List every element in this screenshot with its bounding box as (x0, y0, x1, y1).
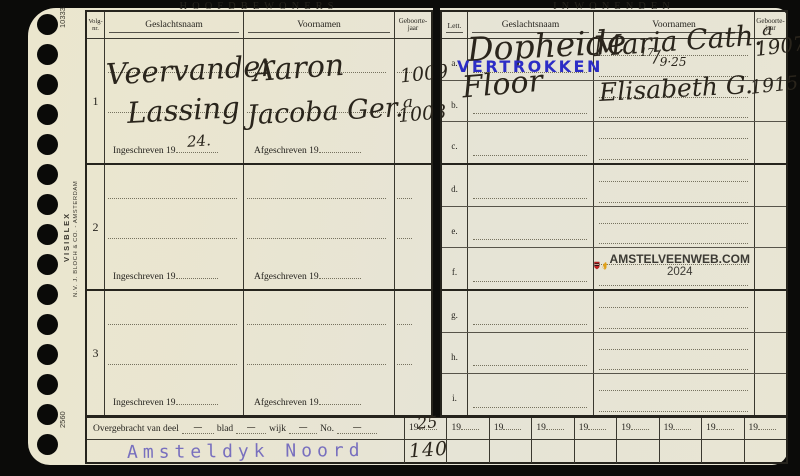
punch-hole (37, 104, 58, 125)
ingeschreven-label: Ingeschreven 19 (113, 270, 218, 282)
block-number: 3 (87, 291, 105, 415)
writing-line (397, 364, 412, 365)
row-voornamen-cell (594, 165, 755, 206)
year-dotted-blank (631, 422, 649, 430)
transfer-blank-no: — (337, 424, 377, 434)
writing-line (599, 159, 748, 160)
transfer-label-wijk: wijk (269, 424, 286, 434)
row-geboortejaar-cell (755, 165, 786, 206)
year-dotted-blank (758, 422, 776, 430)
inwonenden-row: d. (442, 165, 786, 207)
punch-hole (37, 344, 58, 365)
card-fold-divider (433, 8, 440, 418)
header-geboortejaar-left: Geboorte- jaar (395, 12, 431, 38)
row-letter: f. (442, 248, 468, 289)
punch-hole (37, 314, 58, 335)
writing-line (473, 113, 587, 114)
row-letter: d. (442, 165, 468, 206)
row-letter: e. (442, 207, 468, 248)
writing-line (473, 407, 587, 408)
writing-line (599, 390, 748, 391)
watermark-year: 2024 (667, 266, 693, 278)
punch-hole (37, 44, 58, 65)
writing-line (473, 281, 587, 282)
number-cell (575, 440, 617, 463)
year-cell: 19 (490, 418, 532, 439)
year-dotted-blank (673, 422, 691, 430)
year-prefix: 19 (749, 423, 759, 433)
header-volgnr: Volg- nr. (87, 12, 105, 38)
row-letter: h. (442, 333, 468, 374)
hoofdbewoners-header-row: Volg- nr. Geslachtsnaam Voornamen Geboor… (87, 12, 431, 39)
hw-inw-voornamen-b: Elisabeth G. (598, 72, 753, 105)
edge-serial-bottom: 2560 (58, 404, 67, 436)
header-volgnr-line1: Volg- (88, 18, 102, 25)
writing-line (599, 181, 748, 182)
departure-date-slash: ∕ (654, 47, 660, 67)
year-cell: 19 (532, 418, 574, 439)
year-cell: 19 (702, 418, 744, 439)
writing-line (599, 349, 748, 350)
writing-line (599, 369, 748, 370)
block-geslachtsnaam-cell: Ingeschreven 19 (105, 291, 244, 415)
transfer-cell: Overgebracht van deel — blad — wijk — No… (87, 418, 405, 439)
punch-hole (37, 284, 58, 305)
writing-line (473, 365, 587, 366)
district-stamp-cell: Amsteldyk Noord (87, 440, 405, 463)
punch-hole (37, 164, 58, 185)
hw-inw-geboortejaar-a: 1907 (754, 33, 800, 59)
hw-inw-geboortejaar-b: 1915. (749, 73, 800, 98)
number-cells-row (405, 440, 786, 463)
writing-line (108, 238, 237, 239)
row-geboortejaar-cell (755, 333, 786, 374)
writing-line (599, 328, 748, 329)
writing-line (599, 117, 748, 118)
inwonenden-row: g. (442, 291, 786, 333)
writing-line (473, 239, 587, 240)
writing-line (599, 138, 748, 139)
row-letter: i. (442, 374, 468, 415)
year-cells-row: 191919191919191919 (405, 418, 786, 439)
writing-line (397, 238, 412, 239)
number-cell (660, 440, 702, 463)
row-geslachtsnaam-cell (468, 165, 594, 206)
transfer-label-deel: Overgebracht van deel (93, 424, 179, 434)
writing-line (599, 411, 748, 412)
row-geboortejaar-cell (755, 248, 786, 289)
hw-voornamen-1: Aaron (252, 51, 345, 87)
writing-line (397, 324, 412, 325)
block-number: 2 (87, 165, 105, 289)
archive-watermark: AMSTELVEENWEB.COM 2024 (594, 252, 750, 278)
row-voornamen-cell (594, 207, 755, 248)
writing-line (599, 285, 748, 286)
writing-line (473, 155, 587, 156)
hw-ingeschreven-year: 24. (187, 133, 212, 150)
punch-hole (37, 194, 58, 215)
writing-line (599, 202, 748, 203)
hw-departure-date: 17∕9·25 (640, 47, 686, 67)
transfer-blank-deel: — (182, 424, 214, 434)
block-voornamen-cell: Afgeschreven 19 (244, 291, 395, 415)
edge-serial-top: 10333 (58, 4, 67, 32)
transfer-label-blad: blad (217, 424, 233, 434)
block-voornamen-cell: Afgeschreven 19 (244, 165, 395, 289)
block-geslachtsnaam-cell: Ingeschreven 19 (105, 165, 244, 289)
row-geslachtsnaam-cell (468, 333, 594, 374)
writing-line (599, 307, 748, 308)
transfer-blank-wijk: — (289, 424, 317, 434)
punch-hole (37, 14, 58, 35)
edge-brand-sub: N.V. J. BLOCH & CO. - AMSTERDAM (73, 178, 79, 300)
year-prefix: 19 (621, 423, 631, 433)
writing-line (473, 324, 587, 325)
watermark-site: AMSTELVEENWEB.COM (610, 252, 750, 266)
bottom-strip: Overgebracht van deel — blad — wijk — No… (85, 417, 788, 464)
transfer-blank-blad: — (236, 424, 266, 434)
row-voornamen-cell (594, 122, 755, 163)
number-cell (532, 440, 574, 463)
year-cell: 19 (575, 418, 617, 439)
departure-date-day: 17 (640, 46, 654, 59)
row-geslachtsnaam-cell (468, 207, 594, 248)
writing-line (108, 198, 237, 199)
row-geboortejaar-cell (755, 374, 786, 415)
year-cell: 19 (660, 418, 702, 439)
lion-icon (602, 253, 608, 278)
year-cell: 19 (447, 418, 489, 439)
row-voornamen-cell (594, 374, 755, 415)
hw-inw-geslachtsnaam-b: Floor (461, 67, 544, 104)
year-prefix: 19 (706, 423, 716, 433)
year-prefix: 19 (579, 423, 589, 433)
number-cell (617, 440, 659, 463)
hw-geslachtsnaam-1: Veervander (105, 52, 275, 90)
number-cell (490, 440, 532, 463)
departure-date-month-year: 9·25 (660, 55, 687, 69)
scanned-register-card: 10333 VISIBLEX N.V. J. BLOCH & CO. - AMS… (0, 0, 800, 476)
year-dotted-blank (461, 422, 479, 430)
row-geboortejaar-cell (755, 291, 786, 332)
row-letter: c. (442, 122, 468, 163)
writing-line (108, 364, 237, 365)
hw-card-number: 140 (408, 440, 448, 462)
number-cell (745, 440, 786, 463)
header-volgnr-line2: nr. (92, 25, 99, 32)
hoofdbewoners-block: 2Ingeschreven 19Afgeschreven 19 (87, 165, 431, 291)
header-lett: Lett. (442, 12, 468, 38)
watermark-text: AMSTELVEENWEB.COM 2024 (610, 252, 750, 278)
row-letter: g. (442, 291, 468, 332)
row-geboortejaar-cell (755, 122, 786, 163)
row-geslachtsnaam-cell (468, 248, 594, 289)
writing-line (473, 198, 587, 199)
punch-hole (37, 254, 58, 275)
row-geboortejaar-cell (755, 207, 786, 248)
block-geboortejaar-cell (395, 291, 431, 415)
punch-hole (37, 374, 58, 395)
inwonenden-row: c. (442, 122, 786, 165)
writing-line (599, 223, 748, 224)
amstelveen-shield-icon (594, 254, 600, 277)
row-geslachtsnaam-cell (468, 374, 594, 415)
year-cell: 19 (617, 418, 659, 439)
inwonenden-row: e. (442, 207, 786, 249)
year-prefix: 19 (664, 423, 674, 433)
punch-hole (37, 134, 58, 155)
writing-line (397, 198, 412, 199)
hoofdbewoners-block: 3Ingeschreven 19Afgeschreven 19 (87, 291, 431, 415)
hoofdbewoners-table: Volg- nr. Geslachtsnaam Voornamen Geboor… (85, 10, 433, 417)
writing-line (247, 198, 386, 199)
hw-first-year: 25 (416, 414, 438, 432)
row-voornamen-cell (594, 291, 755, 332)
hw-geslachtsnaam-2: Lassing (126, 93, 240, 128)
row-voornamen-cell (594, 333, 755, 374)
afgeschreven-label: Afgeschreven 19 (254, 396, 361, 408)
punch-hole (37, 404, 58, 425)
year-prefix: 19 (451, 423, 461, 433)
writing-line (247, 364, 386, 365)
writing-line (108, 324, 237, 325)
punch-hole (37, 74, 58, 95)
edge-brand: VISIBLEX (62, 208, 71, 266)
year-dotted-blank (503, 422, 521, 430)
writing-line (247, 238, 386, 239)
year-prefix: 19 (494, 423, 504, 433)
year-dotted-blank (588, 422, 606, 430)
header-geslachtsnaam-left: Geslachtsnaam (105, 12, 244, 38)
row-geslachtsnaam-cell (468, 291, 594, 332)
row-geslachtsnaam-cell (468, 122, 594, 163)
year-prefix: 19 (536, 423, 546, 433)
block-number: 1 (87, 39, 105, 163)
punch-hole (37, 224, 58, 245)
block-geboortejaar-cell (395, 165, 431, 289)
punch-hole (37, 434, 58, 455)
year-dotted-blank (716, 422, 734, 430)
district-stamp: Amsteldyk Noord (127, 440, 365, 463)
year-dotted-blank (546, 422, 564, 430)
header-voornamen-left: Voornamen (244, 12, 395, 38)
number-cell (702, 440, 744, 463)
inwonenden-row: i. (442, 374, 786, 415)
writing-line (247, 324, 386, 325)
afgeschreven-label: Afgeschreven 19 (254, 144, 361, 156)
number-cell (447, 440, 489, 463)
year-cell: 19 (745, 418, 786, 439)
afgeschreven-label: Afgeschreven 19 (254, 270, 361, 282)
inwonenden-row: h. (442, 333, 786, 375)
writing-line (599, 243, 748, 244)
transfer-label-no: No. (320, 424, 334, 434)
inwonenden-table: Lett. Geslachtsnaam Voornamen Geboorte- … (440, 10, 788, 417)
ingeschreven-label: Ingeschreven 19 (113, 396, 218, 408)
